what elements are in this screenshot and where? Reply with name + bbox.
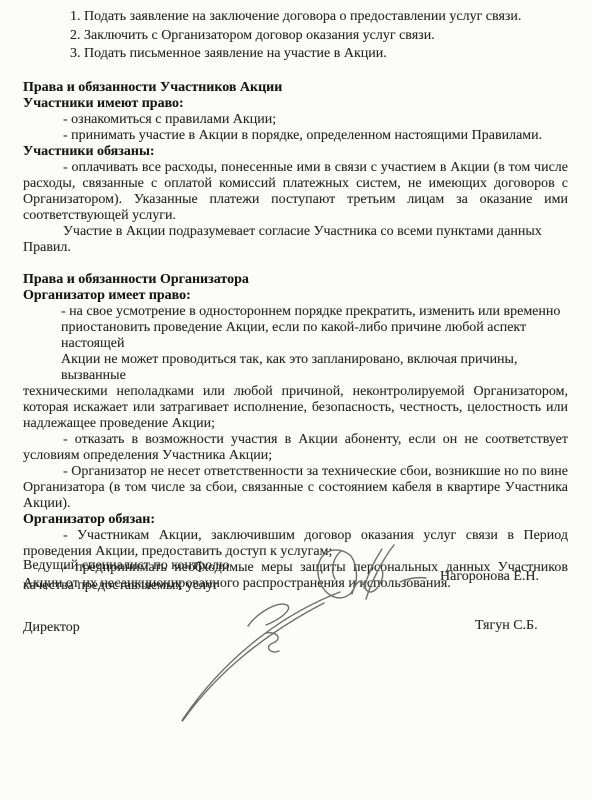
participation-consent-note: Участие в Акции подразумевает согласие У… — [23, 224, 568, 256]
organizer-right-3: - Организатор не несет ответственности з… — [23, 464, 568, 512]
intro-numbered-list: 1. Подать заявление на заключение догово… — [23, 8, 568, 64]
organizer-right-2: - отказать в возможности участия в Акции… — [23, 432, 568, 464]
participants-rights-heading: Участники имеют право: — [23, 96, 568, 112]
participants-rights-items: - ознакомиться с правилами Акции; - прин… — [23, 112, 568, 144]
scanned-document-page: 1. Подать заявление на заключение догово… — [0, 0, 591, 800]
organizer-duties-heading: Организатор обязан: — [23, 512, 568, 528]
organizer-duty-1: - Участникам Акции, заключившим договор … — [23, 528, 568, 560]
organizer-section-heading: Права и обязанности Организатора — [23, 272, 568, 288]
participants-duties-paragraph: - оплачивать все расходы, понесенные ими… — [23, 160, 568, 224]
participants-section-heading: Права и обязанности Участников Акции — [23, 80, 568, 96]
role-line-1: Ведущий специалист по контролю — [23, 558, 229, 573]
signatory-role-lead-specialist: Ведущий специалист по контролю качества … — [23, 556, 229, 596]
organizer-rights-heading: Организатор имеет право: — [23, 288, 568, 304]
document-body: 1. Подать заявление на заключение догово… — [23, 8, 568, 592]
participants-duties-heading: Участники обязаны: — [23, 144, 568, 160]
signatory-name-nagoronova: Нагоронова Е.Н. — [440, 569, 539, 585]
role-line-2: качества предоставляемых услуг — [23, 578, 219, 593]
organizer-right-1-continuation: техническими неполадками или любой причи… — [23, 384, 568, 432]
organizer-right-1-indented-lines: - на свое усмотрение в одностороннем пор… — [23, 304, 568, 384]
signatory-role-director: Директор — [23, 618, 80, 638]
signatory-name-tyagun: Тягун С.Б. — [475, 618, 538, 634]
